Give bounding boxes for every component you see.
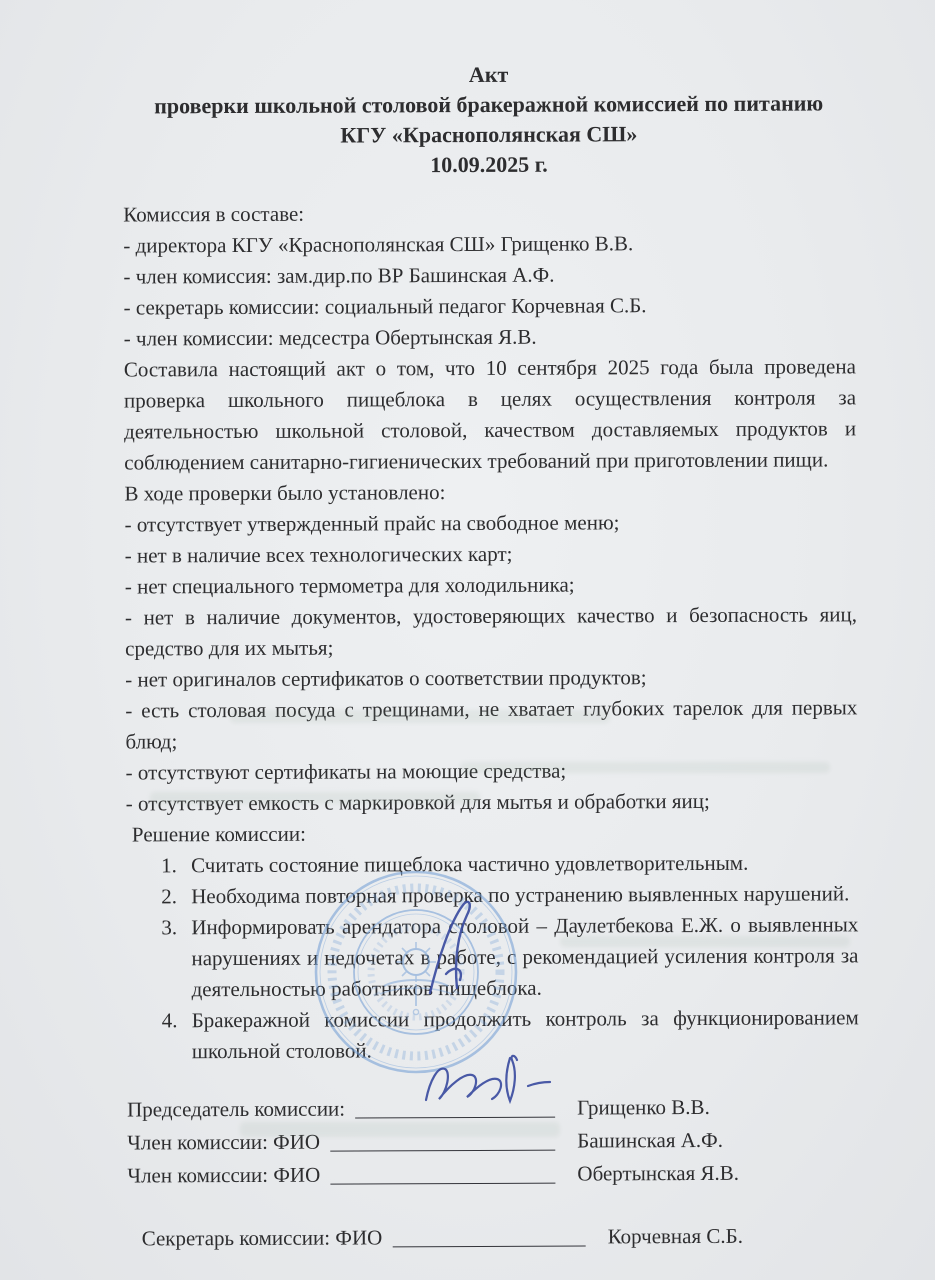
title-line-date: 10.09.2025 г. <box>123 148 855 181</box>
signature-line <box>355 1092 555 1119</box>
signatory-name: Грищенко В.В. <box>577 1091 710 1124</box>
finding-item: - нет в наличие документов, удостоверяющ… <box>125 599 857 664</box>
decision-text: Информировать арендатора столовой – Даул… <box>191 909 858 1005</box>
commission-member: - член комиссии: медсестра Обертынская Я… <box>124 320 856 354</box>
decision-number: 3. <box>161 912 191 1005</box>
decision-number: 1. <box>161 850 191 881</box>
commission-member: - директора КГУ «Краснополянская СШ» Гри… <box>123 227 855 261</box>
commission-member: - член комиссия: зам.дир.по ВР Башинская… <box>123 258 855 292</box>
signature-row-secretary: Секретарь комиссии: ФИО Корчевная С.Б. <box>127 1189 859 1254</box>
finding-item: - отсутствуют сертификаты на моющие сред… <box>126 754 858 788</box>
decision-text: Необходима повторная проверка по устране… <box>191 878 858 912</box>
decision-number: 4. <box>162 1005 192 1067</box>
decision-item: 4. Бракеражной комиссии продолжить контр… <box>162 1002 859 1067</box>
signature-row: Председатель комиссии: Грищенко В.В. <box>127 1090 859 1125</box>
findings-heading: В ходе проверки было установлено: <box>124 475 856 509</box>
decision-text: Бракеражной комиссии продолжить контроль… <box>192 1002 859 1067</box>
signatory-name: Корчевная С.Б. <box>608 1220 743 1253</box>
signature-line <box>330 1125 555 1152</box>
title-line-subject: проверки школьной столовой бракеражной к… <box>123 88 855 121</box>
signature-block: Председатель комиссии: Грищенко В.В. Чле… <box>127 1090 860 1254</box>
act-paragraph: Составила настоящий акт о том, что 10 се… <box>124 351 857 478</box>
decision-text: Считать состояние пищеблока частично удо… <box>191 847 858 881</box>
signature-row: Член комиссии: ФИО Обертынская Я.В. <box>127 1156 859 1191</box>
commission-member: - секретарь комиссии: социальный педагог… <box>124 289 856 323</box>
signature-row: Член комиссии: ФИО Башинская А.Ф. <box>127 1123 859 1158</box>
decision-item: 3. Информировать арендатора столовой – Д… <box>161 909 858 1005</box>
title-line-act: Акт <box>123 58 855 91</box>
document-title: Акт проверки школьной столовой бракеражн… <box>123 58 856 181</box>
signature-label: Член комиссии: ФИО <box>127 1126 320 1159</box>
signature-label: Член комиссии: ФИО <box>127 1159 320 1192</box>
signatory-name: Башинская А.Ф. <box>577 1124 723 1157</box>
finding-item: - нет оригиналов сертификатов о соответс… <box>125 661 857 695</box>
scanned-document-page: Акт проверки школьной столовой бракеражн… <box>0 0 935 1280</box>
title-line-organization: КГУ «Краснополянская СШ» <box>123 118 855 151</box>
signature-label: Председатель комиссии: <box>127 1093 345 1126</box>
decision-item: 2. Необходима повторная проверка по устр… <box>161 878 858 912</box>
signature-line <box>330 1158 555 1185</box>
decision-heading: Решение комиссии: <box>126 816 858 850</box>
signature-label: Секретарь комиссии: ФИО <box>142 1221 383 1254</box>
signature-line <box>392 1220 586 1247</box>
signatory-name: Обертынская Я.В. <box>577 1157 739 1190</box>
decision-number: 2. <box>161 881 191 912</box>
finding-item: - нет специального термометра для холоди… <box>125 568 857 602</box>
commission-heading: Комиссия в составе: <box>123 196 855 230</box>
finding-item: - есть столовая посуда с трещинами, не х… <box>125 692 857 757</box>
decision-item: 1. Считать состояние пищеблока частично … <box>161 847 858 881</box>
finding-item: - отсутствует утвержденный прайс на своб… <box>124 506 856 540</box>
finding-item: - нет в наличие всех технологических кар… <box>125 537 857 571</box>
finding-item: - отсутствует емкость с маркировкой для … <box>126 785 858 819</box>
document-content: Акт проверки школьной столовой бракеражн… <box>0 0 935 1255</box>
